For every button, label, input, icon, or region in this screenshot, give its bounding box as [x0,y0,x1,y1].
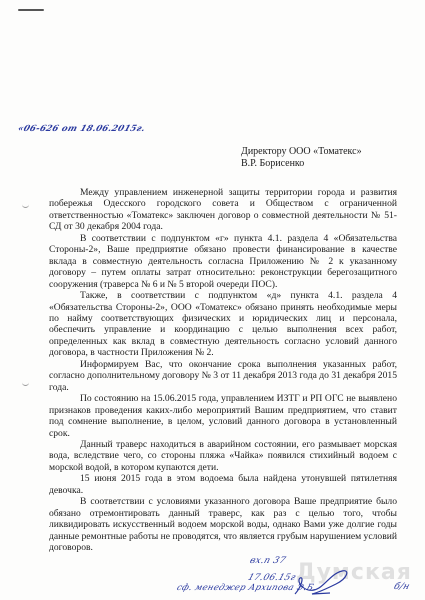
addressee-name: В.Р. Борисенко [241,158,362,170]
paragraph: По состоянию на 15.06.2015 года, управле… [49,393,397,439]
handwritten-registration-number: «06-626 от 18.06.2015г. [16,124,146,134]
paragraph: Информируем Вас, что окончание срока вып… [49,359,397,393]
paragraph: Данный траверс находиться в аварийном со… [49,439,397,473]
signature-icon [290,568,360,598]
handwritten-incoming-number: вх.п 37 [248,556,287,566]
paragraph: В соответствии с условиями указанного до… [49,496,397,553]
scanned-letter-page: «06-626 от 18.06.2015г. Директору ООО «Т… [0,0,425,600]
paragraph: Между управлением инженерной защиты терр… [49,187,397,233]
paragraph: В соответствии с подпунктом «г» пункта 4… [49,233,397,290]
handwritten-page-mark: б/н [392,582,411,592]
corner-staple-mark [18,9,44,11]
punch-hole-mark [22,203,29,208]
paragraph: Также, в соответствии с подпунктом «д» п… [49,290,397,359]
addressee-block: Директору ООО «Томатекс» В.Р. Борисенко [241,146,362,170]
letter-body: Между управлением инженерной защиты терр… [49,187,397,554]
punch-hole-mark [22,381,29,386]
paragraph: 15 июня 2015 года в этом водоема была на… [49,473,397,496]
addressee-title: Директору ООО «Томатекс» [241,146,362,158]
